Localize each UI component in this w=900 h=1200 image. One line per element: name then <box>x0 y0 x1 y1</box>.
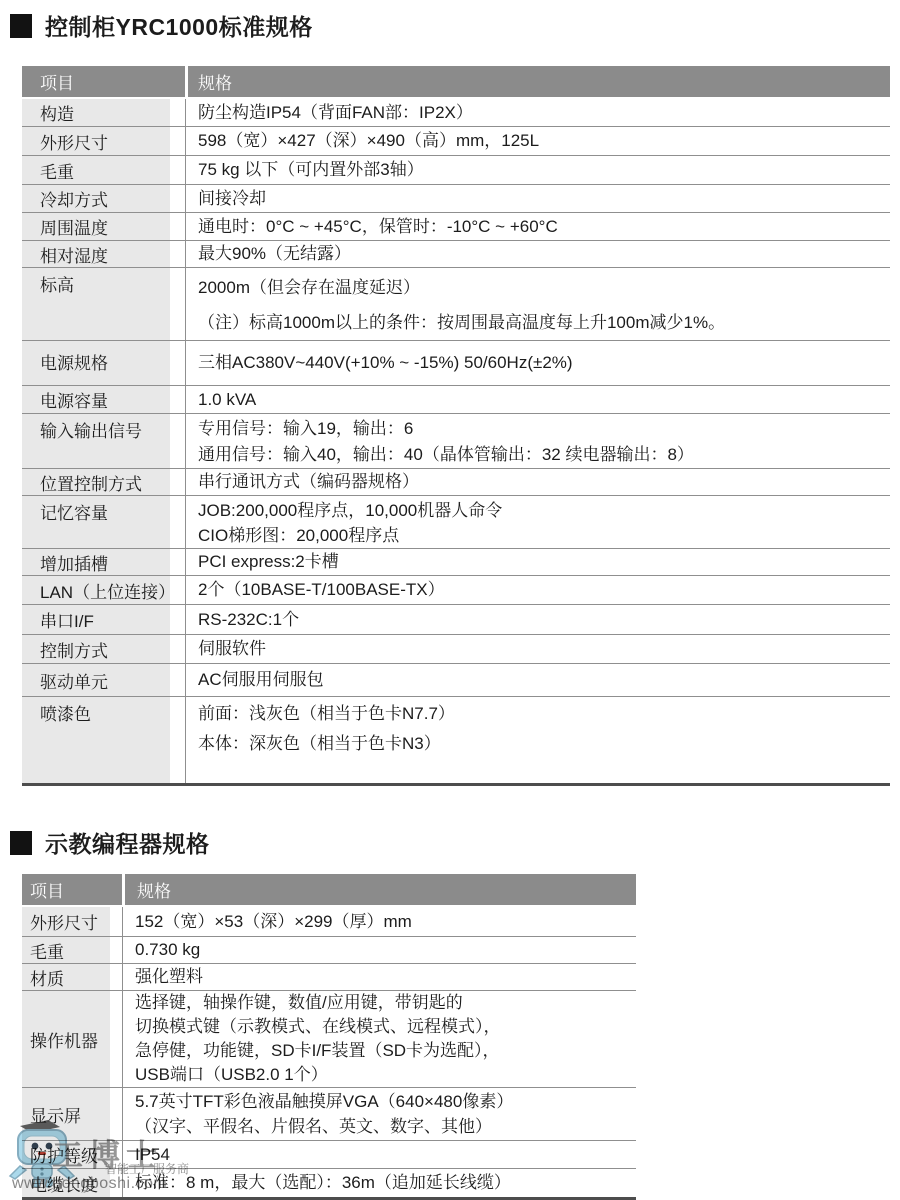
row-value: 专用信号：输入19，输出：6 通用信号：输入40，输出：40（晶体管输出：32 … <box>185 414 890 468</box>
row-value: JOB:200,000程序点，10,000机器人命令 CIO梯形图：20,000… <box>185 496 890 548</box>
row-value: 选择键，轴操作键，数值/应用键，带钥匙的 切换模式键（示教模式、在线模式、远程模… <box>122 991 636 1087</box>
row-label: 控制方式 <box>22 635 170 663</box>
table-row: 输入输出信号 专用信号：输入19，输出：6 通用信号：输入40，输出：40（晶体… <box>22 413 890 468</box>
table-row: 位置控制方式 串行通讯方式（编码器规格） <box>22 468 890 495</box>
row-value: 间接冷却 <box>185 185 890 212</box>
row-label: 外形尺寸 <box>22 127 170 155</box>
table-row: 冷却方式 间接冷却 <box>22 184 890 212</box>
row-label: 材质 <box>22 964 110 990</box>
table-row: 电源规格 三相AC380V~440V(+10% ~ -15%) 50/60Hz(… <box>22 340 890 385</box>
controller-spec-table: 项目 规格 构造 防尘构造IP54（背面FAN部：IP2X） 外形尺寸 598（… <box>22 66 890 786</box>
row-value: AC伺服用伺服包 <box>185 664 890 696</box>
row-label: 外形尺寸 <box>22 907 110 936</box>
pendant-spec-table: 项目 规格 外形尺寸 152（宽）×53（深）×299（厚）mm 毛重 0.73… <box>22 874 636 1200</box>
table-row: 防护等级 IP54 <box>22 1140 636 1168</box>
row-label: 毛重 <box>22 937 110 963</box>
row-value: IP54 <box>122 1141 636 1168</box>
title-square-icon <box>10 831 32 855</box>
table-row: 毛重 75 kg 以下（可内置外部3轴） <box>22 155 890 184</box>
row-value: 0.730 kg <box>122 937 636 963</box>
row-label: LAN（上位连接） <box>22 576 170 604</box>
row-label: 显示屏 <box>22 1088 110 1140</box>
table-row: 串口I/F RS-232C:1个 <box>22 604 890 634</box>
table-row: 记忆容量 JOB:200,000程序点，10,000机器人命令 CIO梯形图：2… <box>22 495 890 548</box>
row-value: 5.7英寸TFT彩色液晶触摸屏VGA（640×480像素） （汉字、平假名、片假… <box>122 1088 636 1140</box>
table-row: 周围温度 通电时：0°C ~ +45°C，保管时：-10°C ~ +60°C <box>22 212 890 240</box>
table-row: 控制方式 伺服软件 <box>22 634 890 663</box>
row-label: 记忆容量 <box>22 496 170 548</box>
table-header: 项目 规格 <box>22 66 890 97</box>
row-label: 串口I/F <box>22 605 170 634</box>
row-label: 冷却方式 <box>22 185 170 212</box>
section2-title: 示教编程器规格 <box>10 826 900 859</box>
table-row: 增加插槽 PCI express:2卡槽 <box>22 548 890 575</box>
table-row: 喷漆色 前面：浅灰色（相当于色卡N7.7） 本体：深灰色（相当于色卡N3） <box>22 696 890 783</box>
table-row: 电缆长度 标准：8 m，最大（选配）：36m（追加延长线缆） <box>22 1168 636 1197</box>
row-label: 增加插槽 <box>22 549 170 575</box>
row-value: 标准：8 m，最大（选配）：36m（追加延长线缆） <box>122 1169 636 1197</box>
table-row: 构造 防尘构造IP54（背面FAN部：IP2X） <box>22 99 890 126</box>
row-value: 通电时：0°C ~ +45°C，保管时：-10°C ~ +60°C <box>185 213 890 240</box>
row-value: 三相AC380V~440V(+10% ~ -15%) 50/60Hz(±2%) <box>185 341 890 385</box>
row-label: 相对湿度 <box>22 241 170 267</box>
table-row: LAN（上位连接） 2个（10BASE-T/100BASE-TX） <box>22 575 890 604</box>
row-label: 输入输出信号 <box>22 414 170 468</box>
row-value: 最大90%（无结露） <box>185 241 890 267</box>
row-label: 毛重 <box>22 156 170 184</box>
row-value: 伺服软件 <box>185 635 890 663</box>
row-value: 598（宽）×427（深）×490（高）mm，125L <box>185 127 890 155</box>
row-label: 位置控制方式 <box>22 469 170 495</box>
table-row: 驱动单元 AC伺服用伺服包 <box>22 663 890 696</box>
row-value: 1.0 kVA <box>185 386 890 413</box>
row-value: 串行通讯方式（编码器规格） <box>185 469 890 495</box>
column-header-spec: 规格 <box>125 874 636 905</box>
table-row: 电源容量 1.0 kVA <box>22 385 890 413</box>
row-label: 电源规格 <box>22 341 170 385</box>
table-row: 显示屏 5.7英寸TFT彩色液晶触摸屏VGA（640×480像素） （汉字、平假… <box>22 1087 636 1140</box>
row-label: 驱动单元 <box>22 664 170 696</box>
row-value: 75 kg 以下（可内置外部3轴） <box>185 156 890 184</box>
row-value: 前面：浅灰色（相当于色卡N7.7） 本体：深灰色（相当于色卡N3） <box>185 697 890 783</box>
page-title: 控制柜YRC1000标准规格 <box>45 9 313 42</box>
column-header-item: 项目 <box>22 874 122 905</box>
row-value: 强化塑料 <box>122 964 636 990</box>
table-row: 操作机器 选择键，轴操作键，数值/应用键，带钥匙的 切换模式键（示教模式、在线模… <box>22 990 636 1087</box>
row-value: 2000m（但会存在温度延迟） （注）标高1000m以上的条件：按周围最高温度每… <box>185 268 890 340</box>
row-value: RS-232C:1个 <box>185 605 890 634</box>
row-label: 防护等级 <box>22 1141 110 1168</box>
table-header: 项目 规格 <box>22 874 636 905</box>
row-label: 电缆长度 <box>22 1169 110 1197</box>
row-label: 标高 <box>22 268 170 340</box>
table-row: 外形尺寸 598（宽）×427（深）×490（高）mm，125L <box>22 126 890 155</box>
table-row: 外形尺寸 152（宽）×53（深）×299（厚）mm <box>22 907 636 936</box>
row-label: 构造 <box>22 99 170 126</box>
column-header-item: 项目 <box>22 66 185 97</box>
row-value: 152（宽）×53（深）×299（厚）mm <box>122 907 636 936</box>
row-value: PCI express:2卡槽 <box>185 549 890 575</box>
row-label: 喷漆色 <box>22 697 170 783</box>
column-header-spec: 规格 <box>188 66 890 97</box>
table-row: 毛重 0.730 kg <box>22 936 636 963</box>
section2-title-text: 示教编程器规格 <box>45 826 210 859</box>
row-label: 电源容量 <box>22 386 170 413</box>
section1-title: 控制柜YRC1000标准规格 <box>10 0 900 42</box>
row-label: 操作机器 <box>22 991 110 1087</box>
table-row: 材质 强化塑料 <box>22 963 636 990</box>
page: 控制柜YRC1000标准规格 项目 规格 构造 防尘构造IP54（背面FAN部：… <box>0 0 900 1200</box>
title-square-icon <box>10 14 32 38</box>
row-value: 2个（10BASE-T/100BASE-TX） <box>185 576 890 604</box>
table-row: 相对湿度 最大90%（无结露） <box>22 240 890 267</box>
row-value: 防尘构造IP54（背面FAN部：IP2X） <box>185 99 890 126</box>
row-label: 周围温度 <box>22 213 170 240</box>
table-row: 标高 2000m（但会存在温度延迟） （注）标高1000m以上的条件：按周围最高… <box>22 267 890 340</box>
